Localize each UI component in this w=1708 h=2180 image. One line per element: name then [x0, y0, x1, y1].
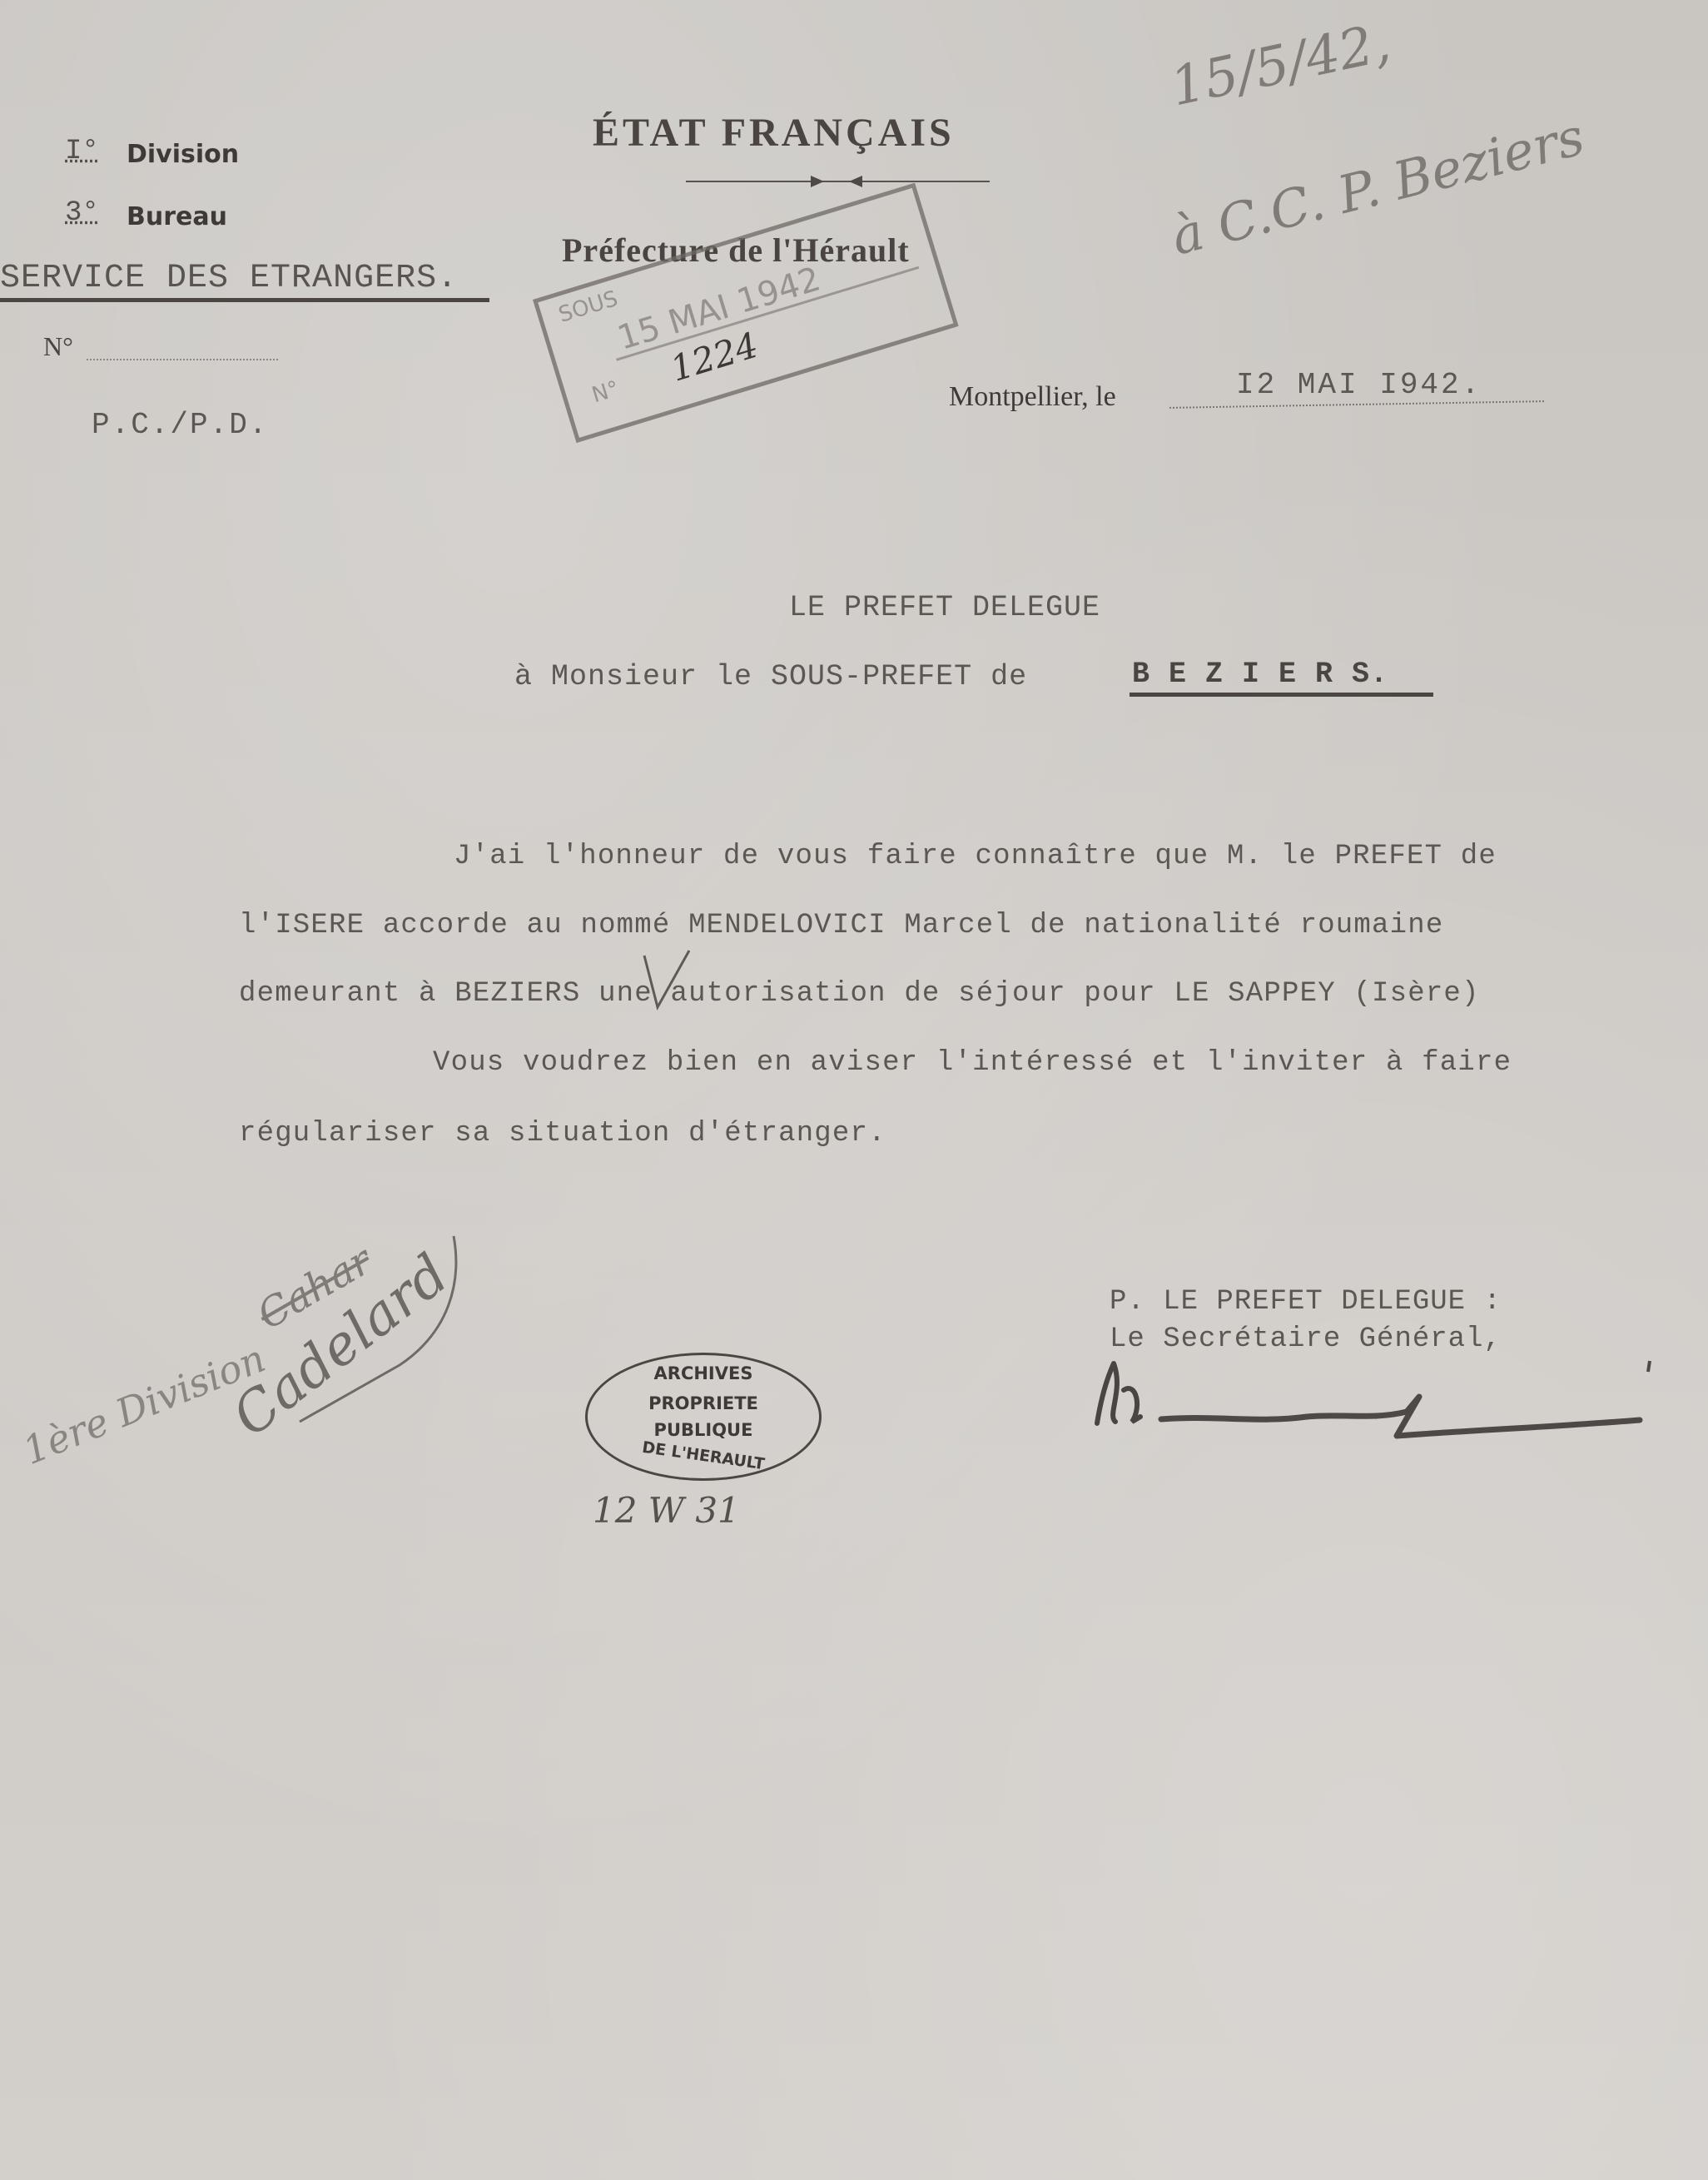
archive-stamp-line-2: PROPRIETE: [588, 1393, 819, 1413]
body-line-3: demeurant à BEZIERS une autorisation de …: [239, 978, 1480, 1010]
sender-title: LE PREFET DELEGUE: [789, 591, 1100, 624]
letter-date: I2 MAI I942.: [1236, 368, 1482, 402]
reference-code: P.C./P.D.: [92, 408, 268, 442]
service-underline: [0, 298, 489, 302]
recipient-prefix: à Monsieur le SOUS-PREFET de: [514, 660, 1027, 693]
title-rule: [686, 181, 990, 182]
recipient-city: B E Z I E R S.: [1132, 658, 1388, 691]
number-label: N°: [43, 331, 73, 362]
service-title: SERVICE DES ETRANGERS.: [0, 260, 458, 297]
checkmark-icon: [639, 949, 698, 1011]
archive-ownership-stamp: ARCHIVES PROPRIETE PUBLIQUE DE L'HERAULT: [585, 1353, 822, 1481]
body-line-1: J'ai l'honneur de vous faire connaître q…: [454, 841, 1497, 872]
bureau-label: Bureau: [127, 202, 227, 231]
place-label: Montpellier, le: [949, 381, 1116, 413]
body-line-5: régulariser sa situation d'étranger.: [239, 1118, 886, 1150]
archive-call-number: 12 W 31: [593, 1490, 740, 1531]
signature-title: Le Secrétaire Général,: [1110, 1323, 1502, 1355]
signature-authority: P. LE PREFET DELEGUE :: [1110, 1286, 1502, 1318]
body-line-2: l'ISERE accorde au nommé MENDELOVICI Mar…: [239, 910, 1443, 941]
stamp-top-text: SOUS: [556, 286, 621, 328]
archive-stamp-line-1: ARCHIVES: [588, 1363, 819, 1383]
number-field-line: [87, 359, 278, 360]
body-line-4: Vous voudrez bien en aviser l'intéressé …: [433, 1047, 1512, 1079]
ornament-arrow-right-icon: [811, 176, 824, 187]
handwritten-signature: [1090, 1357, 1656, 1440]
state-title: ÉTAT FRANÇAIS: [593, 110, 955, 156]
division-number: I°: [65, 136, 99, 167]
handwritten-bracket: [275, 1232, 466, 1423]
ornament-arrow-left-icon: [849, 176, 862, 187]
stamp-number-label: N°: [589, 376, 623, 408]
division-label: Division: [127, 140, 239, 169]
city-underline: [1130, 693, 1433, 697]
bureau-number: 3°: [65, 197, 99, 229]
